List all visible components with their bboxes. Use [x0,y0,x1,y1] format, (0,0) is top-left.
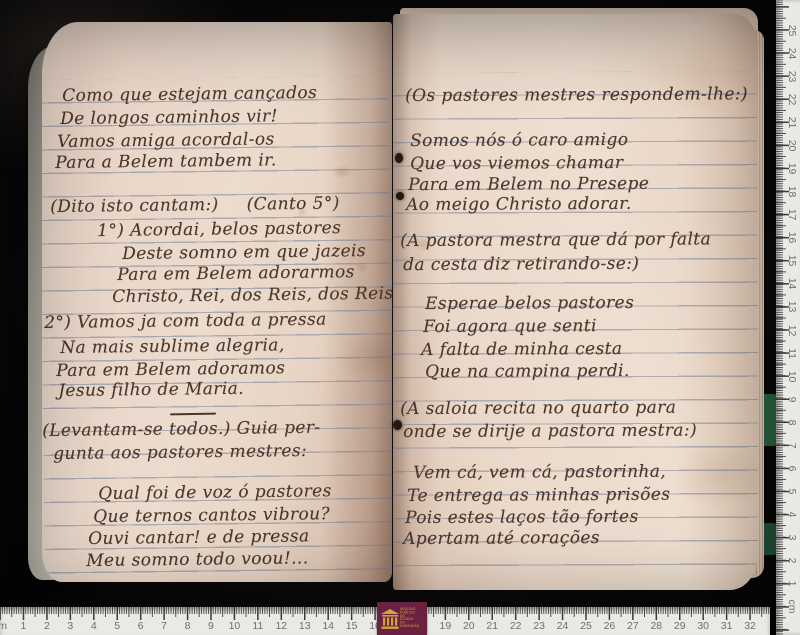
ruler-cm-label: 2 [781,553,800,568]
ruler-cm-label: 5 [106,620,129,632]
ruler-cm-label: 27 [621,620,644,632]
ruler-cm-label: 14 [781,276,800,291]
ruler-cm-label: 24 [781,46,800,61]
ruler-cm-label: cm [0,620,12,632]
handwritten-line: Esperae belos pastores [425,292,634,315]
ruler-cm-label: 2 [35,620,58,632]
ruler-cm-label: 10 [223,620,246,632]
ruler-cm-label: 7 [152,620,175,632]
handwritten-line: Vem cá, vem cá, pastorinha, [413,461,666,484]
stage-direction: (Dito isto cantam:) [50,195,219,217]
ruler-cm-label: 1 [781,576,800,591]
binding-hole [395,153,403,163]
handwritten-line: Foi agora que senti [423,315,597,338]
handwritten-line: da cesta diz retirando-se:) [403,253,639,276]
ruler-cm-label: 26 [598,620,621,632]
ruler-cm-label: 5 [781,484,800,499]
ruler-cm-label: 22 [504,620,527,632]
ruler-cm-label: 7 [781,438,800,453]
ruler-cm-label: 19 [781,161,800,176]
handwritten-line: gunta aos pastores mestres: [53,440,307,465]
binding-hole [396,192,404,200]
handwritten-line: (Levantam-se todos.) Guia per- [42,417,321,442]
handwritten-line: onde se dirije a pastora mestra:) [403,419,697,443]
right-page: (Os pastores mestres respondem-lhe:) Som… [393,14,758,590]
archive-building-icon [380,608,400,630]
ruler-cm-labels: 2524232221201918171615141312111098765432… [785,19,800,619]
handwritten-line: Como que estejam cançados [62,82,317,107]
handwritten-line: Que vos viemos chamar [410,152,623,175]
ruler-cm-label: 3 [59,620,82,632]
photographed-notebook-scan: Como que estejam cançados De longos cami… [0,0,800,635]
handwritten-line: Somos nós ó caro amigo [410,129,628,152]
ruler-cm-label: 20 [781,138,800,153]
handwritten-line: Que ternos cantos vibrou? [93,503,330,528]
ruler-cm-label: 25 [574,620,597,632]
handwritten-line: Qual foi de voz ó pastores [98,480,332,505]
ruler-cm-label: 21 [781,115,800,130]
ruler-cm-label: 14 [316,620,339,632]
handwritten-line: (A pastora mestra que dá por falta [400,228,711,252]
ruler-cm-label: 28 [645,620,668,632]
handwritten-line: Ouvi cantar! e de pressa [88,525,310,550]
ruler-cm-label: 9 [199,620,222,632]
binding-hole [393,420,402,430]
ruler-cm-label: 19 [434,620,457,632]
ruler-cm-label: 25 [781,23,800,38]
ruler-cm-label: 6 [129,620,152,632]
ruler-cm-label: 6 [781,461,800,476]
ruler-cm-label: 16 [781,230,800,245]
handwritten-line: (Dito isto cantam:)(Canto 5°) [50,192,340,218]
handwritten-line: (Os pastores mestres respondem-lhe:) [405,83,748,107]
ruler-cm-label: 8 [781,415,800,430]
green-backing-strip [763,523,776,555]
handwritten-line: Para em Belem adorarmos [117,261,355,286]
ruler-cm-label: 1 [12,620,35,632]
handwritten-line: A falta de minha cesta [421,338,622,361]
handwritten-line: 2°) Vamos ja com toda a pressa [44,309,327,334]
ruler-cm-label: 12 [270,620,293,632]
ruler-cm-label: 30 [691,620,714,632]
archive-logo-text: ARQUIVO PÚBLICO DO ESTADO DO MARANHÃO [400,608,419,628]
handwritten-line: De longos caminhos vir! [60,105,278,130]
ruler-cm-label: 4 [82,620,105,632]
ruler-cm-label: 15 [340,620,363,632]
ruler-cm-label: 12 [781,323,800,338]
archive-logo: ARQUIVO PÚBLICO DO ESTADO DO MARANHÃO [377,602,427,635]
ruler-cm-label: 32 [738,620,761,632]
ruler-cm-label: 8 [176,620,199,632]
ruler-cm-label: 15 [781,253,800,268]
handwritten-line: Pois estes laços tão fortes [405,506,639,529]
canto-number: (Canto 5°) [246,193,339,214]
ruler-cm-label: 23 [527,620,550,632]
ruler-cm-label: 11 [781,346,800,361]
handwritten-line: Meu somno todo voou!... [86,547,309,572]
ruler-cm-label: 22 [781,92,800,107]
ruler-cm-label: 20 [457,620,480,632]
handwritten-line: Christo, Rei, dos Reis, dos Reis. [112,282,392,308]
handwritten-line: Na mais sublime alegria, [60,334,285,359]
ruler-cm-label: 10 [781,369,800,384]
handwritten-line: Que na campina perdi. [425,360,630,383]
ruler-cm-label: 17 [781,207,800,222]
ruler-cm-label: 24 [551,620,574,632]
ruler-cm-label: 11 [246,620,269,632]
handwritten-line: Para a Belem tambem ir. [55,149,277,174]
green-backing-strip [763,394,776,446]
handwritten-line: Te entrega as minhas prisões [407,484,670,507]
handwritten-line: Ao meigo Christo adorar. [406,193,632,216]
handwritten-line: (A saloia recita no quarto para [400,397,676,420]
ruler-cm-label: 13 [781,299,800,314]
ruler-cm-label: 4 [781,507,800,522]
handwritten-line: 1°) Acordai, belos pastores [97,217,341,242]
handwritten-line: Jesus filho de Maria. [58,378,244,402]
ruler-cm-label: 21 [481,620,504,632]
ruler-cm-label: 29 [668,620,691,632]
ruler-cm-label: 18 [781,184,800,199]
ruler-cm-label: 3 [781,530,800,545]
handwritten-line: Apertam até corações [403,527,600,550]
ruler-cm-label: 13 [293,620,316,632]
ruler-cm-label: cm [781,599,800,614]
ruler-cm-label: 31 [715,620,738,632]
vertical-cm-ruler: 2524232221201918171615141312111098765432… [776,0,800,635]
ruler-cm-label: 23 [781,69,800,84]
left-page: Como que estejam cançados De longos cami… [42,22,392,582]
ruler-cm-label: 9 [781,392,800,407]
